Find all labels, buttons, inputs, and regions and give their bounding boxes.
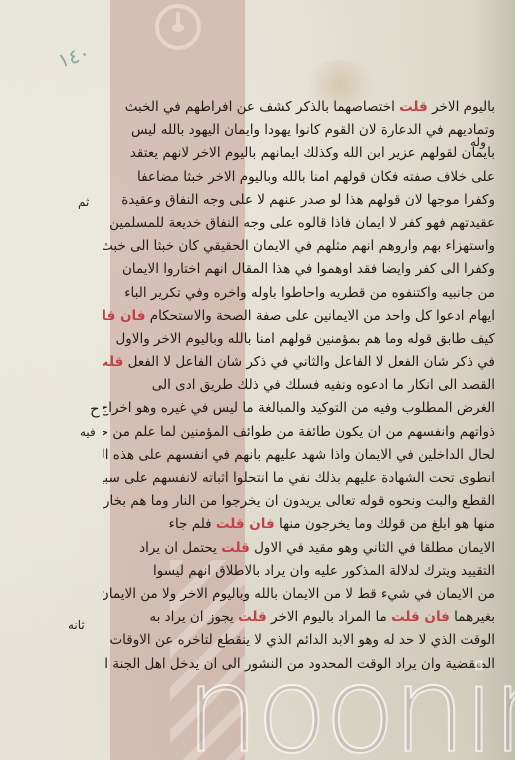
margin-note: وله xyxy=(470,135,486,149)
manuscript-line: بايمان لقولهم عزير ابن الله وكذلك ايمانه… xyxy=(103,142,495,165)
margin-note: فيه xyxy=(80,425,96,439)
line-text: القصد الى انكار ما ادعوه ونفيه فسلك في ذ… xyxy=(152,377,495,393)
manuscript-page: ١٤٠ بالیوم الاخر قلت اختصاصهما بالذكر كش… xyxy=(0,0,515,760)
manuscript-line: وكفرا الى كفر وايضا فقد اوهموا في هذا ال… xyxy=(103,258,495,281)
line-text: لحال الداخلين في الايمان واذا شهد عليهم … xyxy=(103,447,495,463)
manuscript-line: واستهزاء بهم واروهم انهم مثلهم في الايما… xyxy=(103,235,495,258)
manuscript-line: ذواتهم وانفسهم من ان يكون طائفة من طوائف… xyxy=(103,421,495,444)
line-text: ايهام ادعوا كل واحد من الايمانين على صفة… xyxy=(145,308,495,324)
manuscript-line: عقيدتهم فهو كفر لا ايمان فاذا قالوه على … xyxy=(103,212,495,235)
manuscript-line: الايمان مطلقا في الثاني وهو مقيد في الاو… xyxy=(103,537,495,560)
line-text: التقييد ويترك لدلالة المذكور عليه وان ير… xyxy=(153,563,495,579)
manuscript-line: من جانبيه واكتنفوه من قطريه واحاطوا باول… xyxy=(103,282,495,305)
line-text: عقيدتهم فهو كفر لا ايمان فاذا قالوه على … xyxy=(109,215,495,231)
line-text: الغرض المطلوب وفيه من التوكيد والمبالغة … xyxy=(103,400,495,416)
line-text: ما المراد باليوم الاخر xyxy=(267,609,391,625)
manuscript-line: بالیوم الاخر قلت اختصاصهما بالذكر كشف عن… xyxy=(103,96,495,119)
noonin-logo-icon xyxy=(155,4,201,50)
manuscript-line: وتماديهم في الدعارة لان القوم كانوا يهود… xyxy=(103,119,495,142)
line-text: يجوز ان يراد به xyxy=(149,609,238,625)
line-text: وكفرا موجها لان قولهم هذا لو صدر عنهم لا… xyxy=(121,192,495,208)
line-text: بغيرهما xyxy=(450,609,495,625)
line-text: واستهزاء بهم واروهم انهم مثلهم في الايما… xyxy=(103,238,495,254)
line-text: فلم جاء xyxy=(169,516,216,532)
manuscript-line: التقييد ويترك لدلالة المذكور عليه وان ير… xyxy=(103,560,495,583)
manuscript-line: من الايمان في شيء قط لا من الايمان بالله… xyxy=(103,583,495,606)
margin-note: ح xyxy=(90,400,100,418)
manuscript-line: القصد الى انكار ما ادعوه ونفيه فسلك في ذ… xyxy=(103,374,495,397)
line-text: من الايمان في شيء قط لا من الايمان بالله… xyxy=(103,586,495,602)
line-text: بالیوم الاخر xyxy=(428,99,495,115)
rubric-heading: قلت xyxy=(399,99,428,115)
line-text: اختصاصهما بالذكر كشف عن افراطهم في الخبث xyxy=(125,99,399,115)
line-text: منها هو ابلغ من قولك وما يخرجون منها xyxy=(275,516,495,532)
line-text: الايمان مطلقا في الثاني وهو مقيد في الاو… xyxy=(250,540,495,556)
manuscript-line: لحال الداخلين في الايمان واذا شهد عليهم … xyxy=(103,444,495,467)
line-text: على خلاف صفته فكان قولهم امنا بالله وبال… xyxy=(137,169,495,185)
line-text: ذواتهم وانفسهم من ان يكون طائفة من طوائف… xyxy=(103,424,495,440)
manuscript-line: كيف طابق قوله وما هم بمؤمنين قولهم امنا … xyxy=(103,328,495,351)
manuscript-line: القطع والبت ونحوه قوله تعالى يريدون ان ي… xyxy=(103,490,495,513)
line-text: انطوى تحت الشهادة عليهم بذلك نفي ما انتح… xyxy=(103,470,495,486)
rubric-heading: قلت xyxy=(103,354,123,370)
manuscript-line: ايهام ادعوا كل واحد من الايمانين على صفة… xyxy=(103,305,495,328)
manuscript-line: في ذكر شان الفعل لا الفاعل والثاني في ذك… xyxy=(103,351,495,374)
noonin-watermark: noonin xyxy=(185,655,515,760)
manuscript-line: بغيرهما فان قلت ما المراد باليوم الاخر ق… xyxy=(103,606,495,629)
line-text: بايمان لقولهم عزير ابن الله وكذلك ايمانه… xyxy=(130,145,495,161)
rubric-heading: قلت xyxy=(238,609,267,625)
line-text: القطع والبت ونحوه قوله تعالى يريدون ان ي… xyxy=(103,493,495,509)
manuscript-line: على خلاف صفته فكان قولهم امنا بالله وبال… xyxy=(103,166,495,189)
rubric-heading: فان قلت xyxy=(216,516,275,532)
manuscript-line: انطوى تحت الشهادة عليهم بذلك نفي ما انتح… xyxy=(103,467,495,490)
line-text: وكفرا الى كفر وايضا فقد اوهموا في هذا ال… xyxy=(122,261,495,277)
rubric-heading: فان قلت xyxy=(103,308,145,324)
line-text: من جانبيه واكتنفوه من قطريه واحاطوا باول… xyxy=(124,285,495,301)
manuscript-text-block: بالیوم الاخر قلت اختصاصهما بالذكر كشف عن… xyxy=(103,96,495,676)
line-text: وتماديهم في الدعارة لان القوم كانوا يهود… xyxy=(131,122,495,138)
manuscript-line: منها هو ابلغ من قولك وما يخرجون منها فان… xyxy=(103,513,495,536)
manuscript-line: الغرض المطلوب وفيه من التوكيد والمبالغة … xyxy=(103,397,495,420)
rubric-heading: قلت xyxy=(221,540,250,556)
line-text: في ذكر شان الفعل لا الفاعل والثاني في ذك… xyxy=(123,354,495,370)
rubric-heading: فان قلت xyxy=(391,609,450,625)
manuscript-line: وكفرا موجها لان قولهم هذا لو صدر عنهم لا… xyxy=(103,189,495,212)
line-text: يحتمل ان يراد xyxy=(139,540,221,556)
margin-note: ثانه xyxy=(68,618,85,632)
line-text: كيف طابق قوله وما هم بمؤمنين قولهم امنا … xyxy=(115,331,495,347)
margin-note: ثم xyxy=(78,195,89,209)
